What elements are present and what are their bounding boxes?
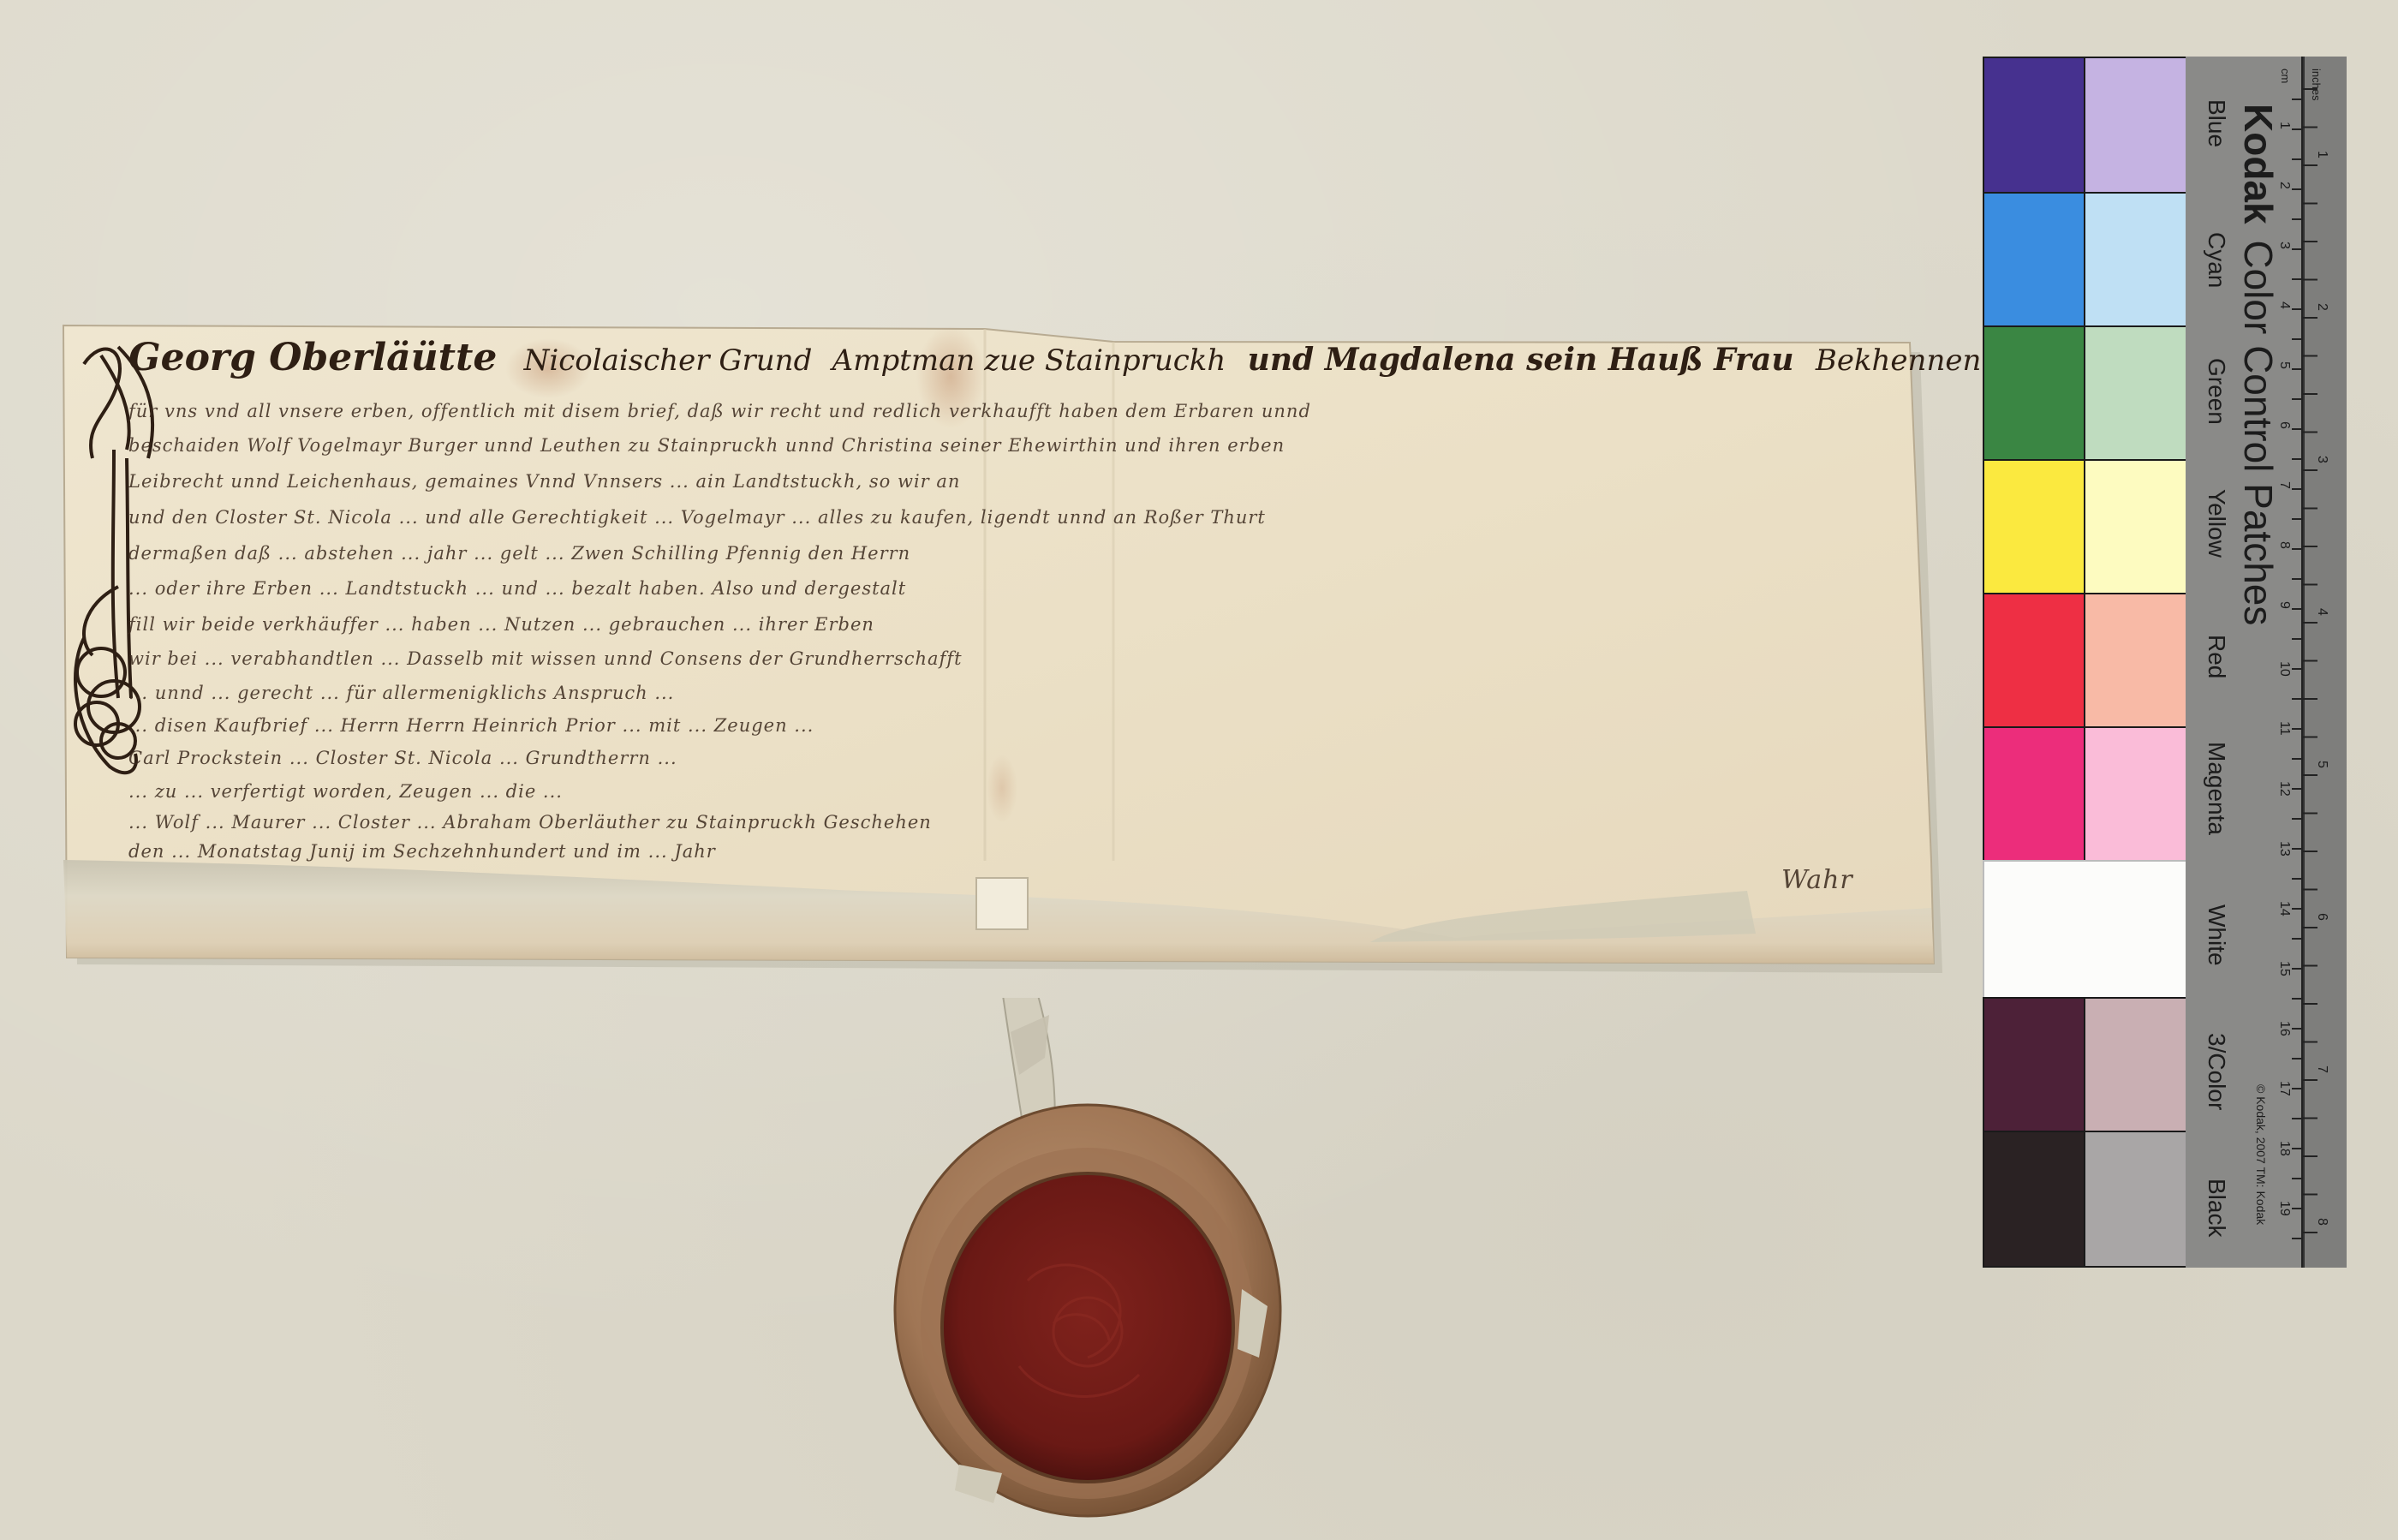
kodak-brand: Kodak bbox=[2236, 104, 2281, 224]
body-line: Leibrecht unnd Leichenhaus, gemaines Vnn… bbox=[128, 471, 960, 492]
patch-green-dark bbox=[1983, 325, 2085, 461]
body-line: ... oder ihre Erben ... Landtstuckh ... … bbox=[128, 578, 906, 599]
signature-flourish: Wahr bbox=[1781, 865, 1853, 895]
patch-black-dark bbox=[1983, 1131, 2085, 1268]
label-cyan: Cyan bbox=[2203, 232, 2230, 288]
patch-magenta-light bbox=[2084, 726, 2188, 862]
label-black: Black bbox=[2203, 1179, 2230, 1237]
patch-cyan-dark bbox=[1983, 192, 2085, 327]
wax-seal bbox=[882, 998, 1310, 1540]
body-line: den ... Monatstag Junij im Sechzehnhunde… bbox=[128, 841, 716, 862]
patch-cyan-light bbox=[2084, 192, 2188, 327]
body-line: wir bei ... verabhandtlen ... Dasselb mi… bbox=[128, 648, 963, 669]
heading-fragment: Amptman zue Stainpruckh bbox=[832, 343, 1226, 378]
copyright-text: © Kodak, 2007 TM: Kodak bbox=[2254, 1084, 2268, 1225]
body-line: Carl Prockstein ... Closter St. Nicola .… bbox=[128, 748, 677, 768]
body-line: dermaßen daß ... abstehen ... jahr ... g… bbox=[128, 543, 910, 564]
body-line: und den Closter St. Nicola ... und alle … bbox=[128, 507, 1266, 528]
label-blue: Blue bbox=[2203, 99, 2230, 147]
patch-3color-light bbox=[2084, 997, 2188, 1132]
heading-fragment: und Magdalena sein Hauß Frau bbox=[1248, 342, 1794, 378]
patch-black-light bbox=[2084, 1131, 2188, 1268]
body-line: für vns vnd all vnsere erben, offentlich… bbox=[128, 401, 1311, 421]
patch-blue-dark bbox=[1983, 57, 2085, 194]
kodak-subtitle: Color Control Patches bbox=[2236, 240, 2281, 625]
charter-heading: Georg Oberläütte Nicolaischer Grund Ampt… bbox=[128, 336, 1981, 379]
kodak-title: Kodak Color Control Patches bbox=[2235, 104, 2282, 625]
body-line: ... zu ... verfertigt worden, Zeugen ...… bbox=[128, 781, 563, 802]
body-line: beschaiden Wolf Vogelmayr Burger unnd Le… bbox=[128, 435, 1285, 456]
kodak-color-control-chart: Kodak Color Control Patches Blue Cyan Gr… bbox=[1983, 57, 2345, 1268]
patch-blue-light bbox=[2084, 57, 2188, 194]
body-line: fill wir beide verkhäuffer ... haben ...… bbox=[128, 614, 874, 635]
patch-yellow-dark bbox=[1983, 459, 2085, 594]
body-line: ... unnd ... gerecht ... für allermenigk… bbox=[128, 683, 674, 703]
patch-magenta-dark bbox=[1983, 726, 2085, 862]
heading-fragment: Bekhennen bbox=[1816, 343, 1982, 378]
patch-white bbox=[1983, 860, 2188, 999]
label-3color: 3/Color bbox=[2203, 1033, 2230, 1110]
ruler: Kodak Color Control Patches Blue Cyan Gr… bbox=[2186, 57, 2345, 1268]
body-line: ... disen Kaufbrief ... Herrn Herrn Hein… bbox=[128, 715, 814, 736]
heading-name: Georg Oberläütte bbox=[128, 336, 497, 379]
patch-green-light bbox=[2084, 325, 2188, 461]
label-yellow: Yellow bbox=[2203, 489, 2230, 558]
ruler-tick-marks bbox=[2280, 57, 2345, 1268]
patch-yellow-light bbox=[2084, 459, 2188, 594]
label-red: Red bbox=[2203, 635, 2230, 678]
patch-red-dark bbox=[1983, 593, 2085, 728]
label-magenta: Magenta bbox=[2203, 742, 2230, 835]
patch-3color-dark bbox=[1983, 997, 2085, 1132]
patch-red-light bbox=[2084, 593, 2188, 728]
body-line: ... Wolf ... Maurer ... Closter ... Abra… bbox=[128, 812, 932, 833]
label-green: Green bbox=[2203, 358, 2230, 425]
heading-fragment: Nicolaischer Grund bbox=[524, 343, 813, 378]
label-white: White bbox=[2203, 904, 2230, 966]
